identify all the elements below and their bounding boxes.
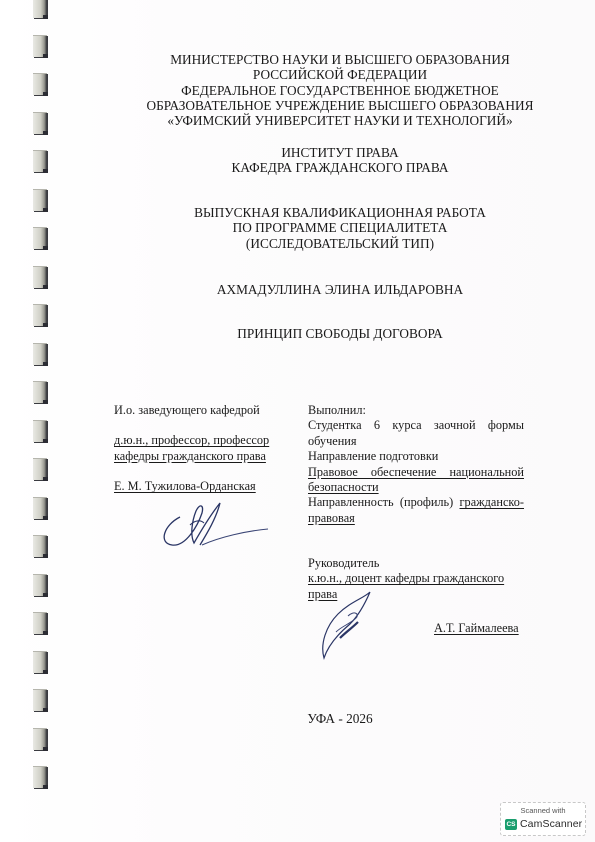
work-type-line: ВЫПУСКНАЯ КВАЛИФИКАЦИОННАЯ РАБОТА [120,205,560,220]
profile-label: Направленность (профиль) [308,495,460,509]
binding-clips [0,0,60,842]
author-name: АХМАДУЛЛИНА ЭЛИНА ИЛЬДАРОВНА [120,282,560,298]
binding-clip [33,112,47,134]
binding-clip [33,266,47,288]
hod-name: Е. М. Тужилова-Орданская [114,479,304,494]
camscanner-logo-icon: CS [505,819,517,830]
direction-label: Направление подготовки [308,449,524,464]
performer-block: Выполнил: Студентка 6 курса заочной форм… [308,403,524,526]
work-type-line: ПО ПРОГРАММЕ СПЕЦИАЛИТЕТА [120,220,560,235]
student-info: Студентка 6 курса заочной формы [308,418,524,433]
profile-value: гражданско- [460,495,525,509]
binding-clip [33,651,47,673]
binding-clip [33,728,47,750]
watermark-brand: CamScanner [520,818,582,830]
signature-icon [150,495,270,555]
ministry-header: МИНИСТЕРСТВО НАУКИ И ВЫСШЕГО ОБРАЗОВАНИЯ… [120,52,560,128]
hod-title: кафедры гражданского права [114,449,304,464]
performer-label: Выполнил: [308,403,524,418]
work-type-line: (ИССЛЕДОВАТЕЛЬСКИЙ ТИП) [120,236,560,251]
binding-clip [33,612,47,634]
thesis-topic: ПРИНЦИП СВОБОДЫ ДОГОВОРА [120,326,560,342]
hod-role: И.о. заведующего кафедрой [114,403,304,418]
header-line: ОБРАЗОВАТЕЛЬНОЕ УЧРЕЖДЕНИЕ ВЫСШЕГО ОБРАЗ… [120,98,560,113]
header-line: МИНИСТЕРСТВО НАУКИ И ВЫСШЕГО ОБРАЗОВАНИЯ [120,52,560,67]
work-type-block: ВЫПУСКНАЯ КВАЛИФИКАЦИОННАЯ РАБОТА ПО ПРО… [120,205,560,251]
watermark-caption: Scanned with [501,806,585,815]
department-name: КАФЕДРА ГРАЖДАНСКОГО ПРАВА [120,160,560,175]
binding-clip [33,689,47,711]
header-line: ФЕДЕРАЛЬНОЕ ГОСУДАРСТВЕННОЕ БЮДЖЕТНОЕ [120,83,560,98]
binding-clip [33,35,47,57]
camscanner-watermark: Scanned with CS CamScanner [500,802,586,836]
header-line: РОССИЙСКОЙ ФЕДЕРАЦИИ [120,67,560,82]
head-of-department-block: И.о. заведующего кафедрой д.ю.н., профес… [114,403,304,495]
binding-clip [33,381,47,403]
binding-clip [33,0,47,18]
student-info: обучения [308,434,524,449]
binding-clip [33,535,47,557]
binding-clip [33,574,47,596]
supervisor-title: к.ю.н., доцент кафедры гражданского [308,571,524,586]
supervisor-label: Руководитель [308,556,524,571]
binding-clip [33,458,47,480]
direction-value: Правовое обеспечение национальной [308,465,524,480]
binding-clip [33,227,47,249]
binding-clip [33,343,47,365]
institute-block: ИНСТИТУТ ПРАВА КАФЕДРА ГРАЖДАНСКОГО ПРАВ… [120,145,560,176]
direction-value: безопасности [308,480,379,494]
supervisor-name: А.Т. Гаймалеева [434,621,519,636]
city-year: УФА - 2026 [120,711,560,727]
binding-clip [33,150,47,172]
binding-clip [33,304,47,326]
binding-clip [33,189,47,211]
profile-value: правовая [308,511,355,525]
binding-clip [33,73,47,95]
hod-title: д.ю.н., профессор, профессор [114,433,304,448]
binding-clip [33,497,47,519]
binding-clip [33,766,47,788]
signature-icon [310,588,385,663]
binding-clip [33,420,47,442]
header-line: «УФИМСКИЙ УНИВЕРСИТЕТ НАУКИ И ТЕХНОЛОГИЙ… [120,113,560,128]
institute-name: ИНСТИТУТ ПРАВА [120,145,560,160]
